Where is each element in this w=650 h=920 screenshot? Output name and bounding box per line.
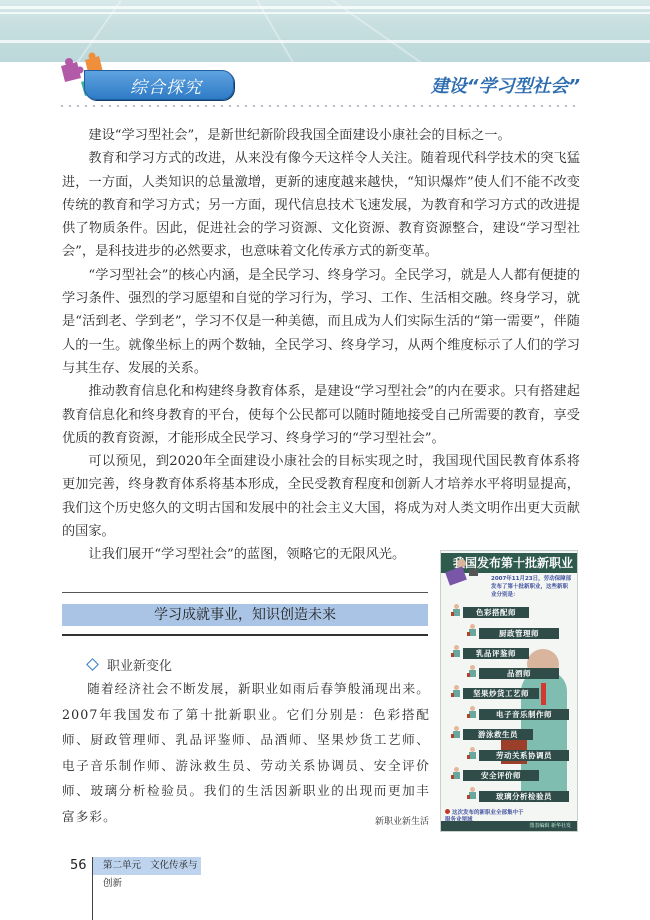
new-careers-poster: 我国发布第十批新职业 2007年11月23日，劳动保障部发布了第十批新职业，这些… bbox=[440, 550, 578, 832]
paragraph: 建设“学习型社会”，是新世纪新阶段我国全面建设小康社会的目标之一。 bbox=[62, 124, 580, 147]
unit-label: 第二单元 文化传承与创新 bbox=[93, 857, 201, 875]
job-label: 厨政管理师 bbox=[479, 628, 559, 639]
poster-credit: 图表编辑 新华社发 bbox=[441, 821, 577, 831]
worker-icon bbox=[453, 604, 460, 619]
poster-caption: 新职业新生活 bbox=[375, 814, 429, 827]
banner-stripe bbox=[0, 40, 650, 43]
paragraph: 推动教育信息化和构建终身教育体系，是建设“学习型社会”的内在要求。只有搭建起教育… bbox=[62, 380, 580, 450]
job-label: 玻璃分析检验员 bbox=[479, 791, 569, 802]
job-label: 游泳救生员 bbox=[463, 729, 533, 740]
worker-icon bbox=[469, 706, 476, 721]
paragraph: 可以预见，到2020年全面建设小康社会的目标实现之时，我国现代国民教育体系将更加… bbox=[62, 450, 580, 543]
paragraph: 随着经济社会不断发展，新职业如雨后春笋般涌现出来。2007年我国发布了第十批新职… bbox=[62, 676, 430, 829]
paragraph: 教育和学习方式的改进，从来没有像今天这样令人关注。随着现代科学技术的突飞猛进，一… bbox=[62, 147, 580, 263]
section-heading: 学习成就事业，知识创造未来 bbox=[62, 604, 428, 626]
worker-icon bbox=[469, 787, 476, 802]
poster-intro: 2007年11月23日，劳动保障部发布了第十批新职业，这些新职业分别是： bbox=[491, 575, 573, 599]
banner-decoration bbox=[250, 0, 322, 62]
dotted-divider bbox=[58, 105, 578, 107]
diamond-bullet-icon bbox=[86, 658, 99, 671]
job-label: 电子音乐制作师 bbox=[479, 709, 569, 720]
main-article: 建设“学习型社会”，是新世纪新阶段我国全面建设小康社会的目标之一。 教育和学习方… bbox=[62, 124, 580, 567]
section-rule-top bbox=[62, 592, 428, 593]
career-article: 随着经济社会不断发展，新职业如雨后春笋般涌现出来。2007年我国发布了第十批新职… bbox=[62, 676, 430, 829]
paragraph: “学习型社会”的核心内涵，是全民学习、终身学习。全民学习，就是人人都有便捷的学习… bbox=[62, 264, 580, 380]
job-label: 色彩搭配师 bbox=[463, 607, 529, 618]
job-label: 安全评价师 bbox=[463, 770, 539, 781]
section-badge-label: 综合探究 bbox=[130, 73, 202, 98]
subheading-label: 职业新变化 bbox=[107, 659, 172, 674]
job-label: 品酒师 bbox=[479, 668, 559, 679]
job-label: 劳动关系协调员 bbox=[479, 750, 569, 761]
worker-icon bbox=[453, 685, 460, 700]
page-number: 56 bbox=[70, 858, 87, 873]
briefcase-icon bbox=[469, 569, 478, 576]
worker-icon bbox=[453, 645, 460, 660]
subheading: 职业新变化 bbox=[88, 655, 172, 674]
job-label: 乳品评鉴师 bbox=[463, 648, 529, 659]
worker-icon bbox=[469, 747, 476, 762]
banner-stripe bbox=[0, 6, 650, 9]
unit-number: 第二单元 bbox=[103, 860, 141, 871]
worker-icon bbox=[453, 767, 460, 782]
worker-icon bbox=[453, 726, 460, 741]
job-label: 坚果炒货工艺师 bbox=[463, 688, 539, 699]
tie-illustration bbox=[541, 683, 546, 705]
page-title: 建设“学习型社会” bbox=[431, 72, 580, 98]
banner-stripe bbox=[0, 12, 650, 14]
bullet-icon bbox=[445, 809, 450, 814]
section-rule-bottom bbox=[62, 634, 428, 636]
worker-icon bbox=[469, 624, 476, 639]
worker-icon bbox=[469, 665, 476, 680]
banner-decoration bbox=[330, 0, 446, 62]
